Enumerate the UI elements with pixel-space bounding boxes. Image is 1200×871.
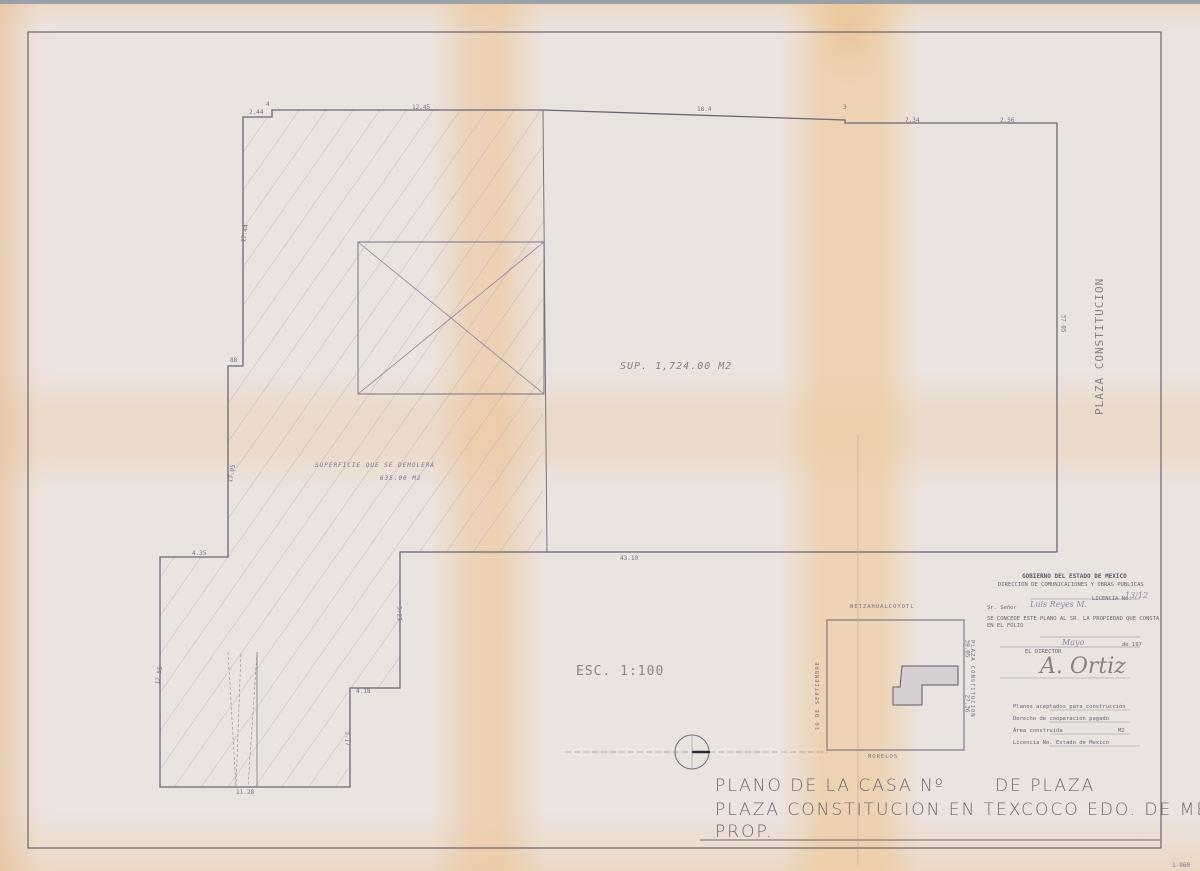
- dim-top-left-step: 2.44: [249, 109, 263, 116]
- total-area-label: SUP. 1,724.00 M2: [620, 361, 732, 372]
- map-dim-top: 39.05: [964, 639, 971, 657]
- stamp-sr-value: Luis Reyes M.: [1030, 600, 1087, 609]
- title-line-1: PLANO DE LA CASA Nº: [715, 776, 945, 796]
- scale-label: ESC. 1:100: [576, 664, 664, 679]
- stamp-text-1: SE CONCEDE ESTE PLANO AL SR. LA PROPIEDA…: [987, 616, 1159, 622]
- dim-bottom-mid: 43.10: [620, 555, 638, 562]
- stamp-row-2: Derecho de cooperación pagado: [1013, 716, 1109, 722]
- dim-marker-3: 3: [843, 104, 847, 111]
- map-north-street: NETZAHUALCOYOTL: [850, 604, 915, 610]
- blueprint-sheet: 2.44 4 12.45 18.4 3 7.34 2.56 17.44 88 1…: [0, 0, 1200, 871]
- map-dim-bottom: 27.36: [964, 694, 971, 712]
- dim-top-segment-1: 12.45: [412, 104, 430, 111]
- map-south-street: MORELOS: [868, 754, 898, 760]
- dim-marker-4: 4: [266, 101, 270, 108]
- dim-lower-step: 4.18: [356, 688, 370, 695]
- title-line-3: PROP.: [715, 822, 773, 842]
- dim-left-step: 88: [230, 357, 237, 364]
- stamp-row-4: Licencia No. Estado de Mexico: [1013, 740, 1109, 746]
- stamp-header-2: DIRECCION DE COMUNICACIONES Y OBRAS PUBL…: [998, 582, 1144, 588]
- dim-lower-right-side: 3.17: [344, 731, 351, 745]
- stamp-sr-label: Sr. Señor: [987, 605, 1017, 611]
- stamp-row-3-unit: M2: [1118, 728, 1125, 734]
- stamp-fecha-label: de 197: [1122, 642, 1142, 648]
- dim-top-segment-4: 2.56: [1000, 117, 1014, 124]
- demolition-area-value: 635.00 M2: [380, 475, 422, 482]
- stamp-fecha-value: Mayo: [1062, 638, 1084, 647]
- corner-note: 1-960: [1172, 862, 1190, 869]
- dim-top-segment-2: 18.4: [697, 106, 711, 113]
- stamp-signature: A. Ortiz: [1040, 654, 1126, 679]
- dim-top-segment-3: 7.34: [905, 117, 919, 124]
- demolition-hatch: [160, 110, 543, 787]
- map-west-street: 16 DE SEPTIEMBRE: [815, 661, 821, 730]
- dim-lower-inner-side: 5.25: [396, 606, 403, 620]
- stamp-licencia-value: 13/12: [1125, 591, 1148, 600]
- stamp-row-3: Área construida: [1013, 728, 1063, 734]
- stamp-text-2: EN EL FOLIO: [987, 623, 1023, 629]
- dim-bottom-left: 11.28: [236, 789, 254, 796]
- demolition-area-label: SUPERFICIE QUE SE DEMOLERÁ: [315, 462, 435, 469]
- dim-right-side: 37.05: [1060, 314, 1067, 332]
- stamp-row-1: Planos aceptados para construcción: [1013, 704, 1126, 710]
- title-line-1-right: DE PLAZA: [995, 776, 1095, 796]
- title-line-2: PLAZA CONSTITUCION EN TEXCOCO EDO. DE ME…: [715, 800, 1200, 820]
- street-plaza-constitucion: PLAZA CONSTITUCION: [1093, 278, 1106, 415]
- dim-lower-left-step: 4.35: [192, 550, 206, 557]
- stamp-header-1: GOBIERNO DEL ESTADO DE MEXICO: [1022, 573, 1127, 580]
- location-map-lot: [893, 666, 958, 705]
